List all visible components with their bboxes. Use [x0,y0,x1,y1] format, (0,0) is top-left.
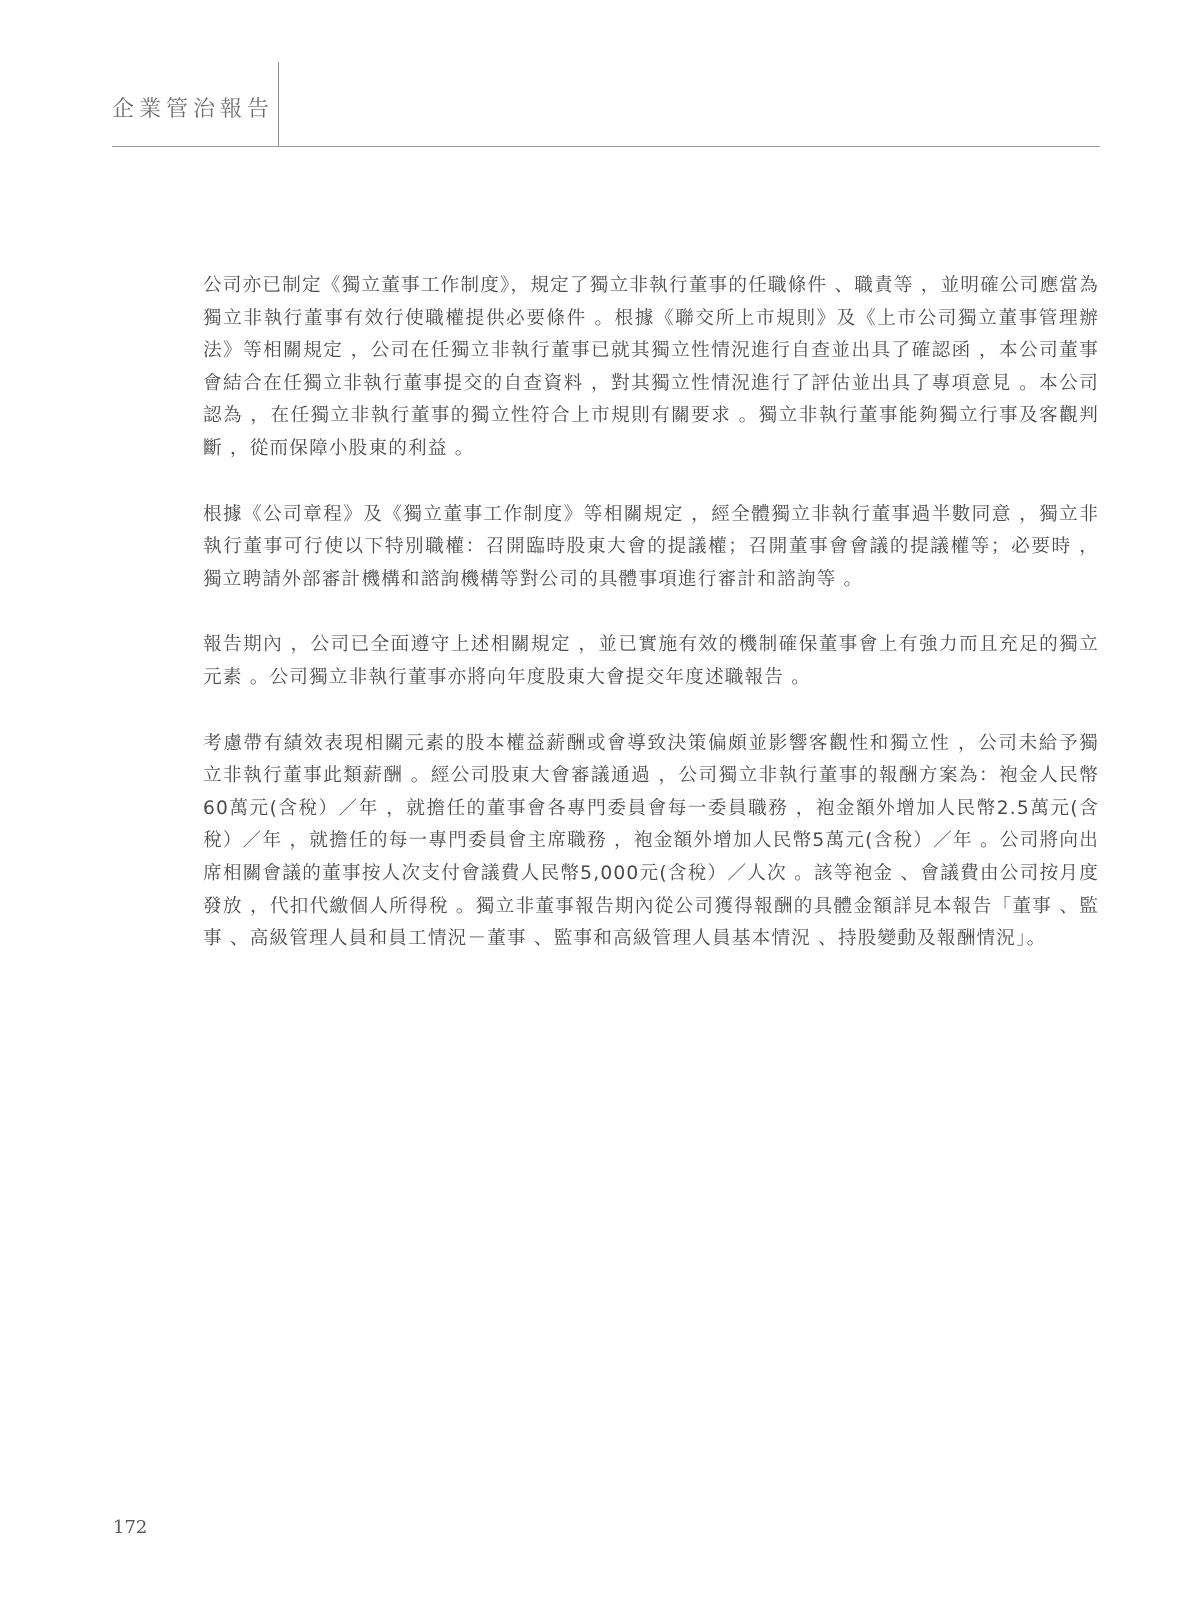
header-horizontal-divider [112,146,1100,147]
page-header: 企業管治報告 [0,0,1190,150]
paragraph-independence-rules: 公司亦已制定《獨立董事工作制度》，規定了獨立非執行董事的任職條件 、職責等 ，並… [203,270,1099,466]
paragraph-compliance: 報告期內 ，公司已全面遵守上述相關規定 ，並已實施有效的機制確保董事會上有強力而… [203,629,1099,694]
page-number: 172 [113,1517,147,1538]
header-vertical-divider [278,62,279,146]
paragraph-special-powers: 根據《公司章程》及《獨立董事工作制度》等相關規定 ，經全體獨立非執行董事過半數同… [203,499,1099,597]
section-title: 企業管治報告 [112,92,274,123]
body-content: 公司亦已制定《獨立董事工作制度》，規定了獨立非執行董事的任職條件 、職責等 ，並… [203,270,1099,989]
paragraph-remuneration: 考慮帶有績效表現相關元素的股本權益薪酬或會導致決策偏頗並影響客觀性和獨立性 ，公… [203,728,1099,956]
